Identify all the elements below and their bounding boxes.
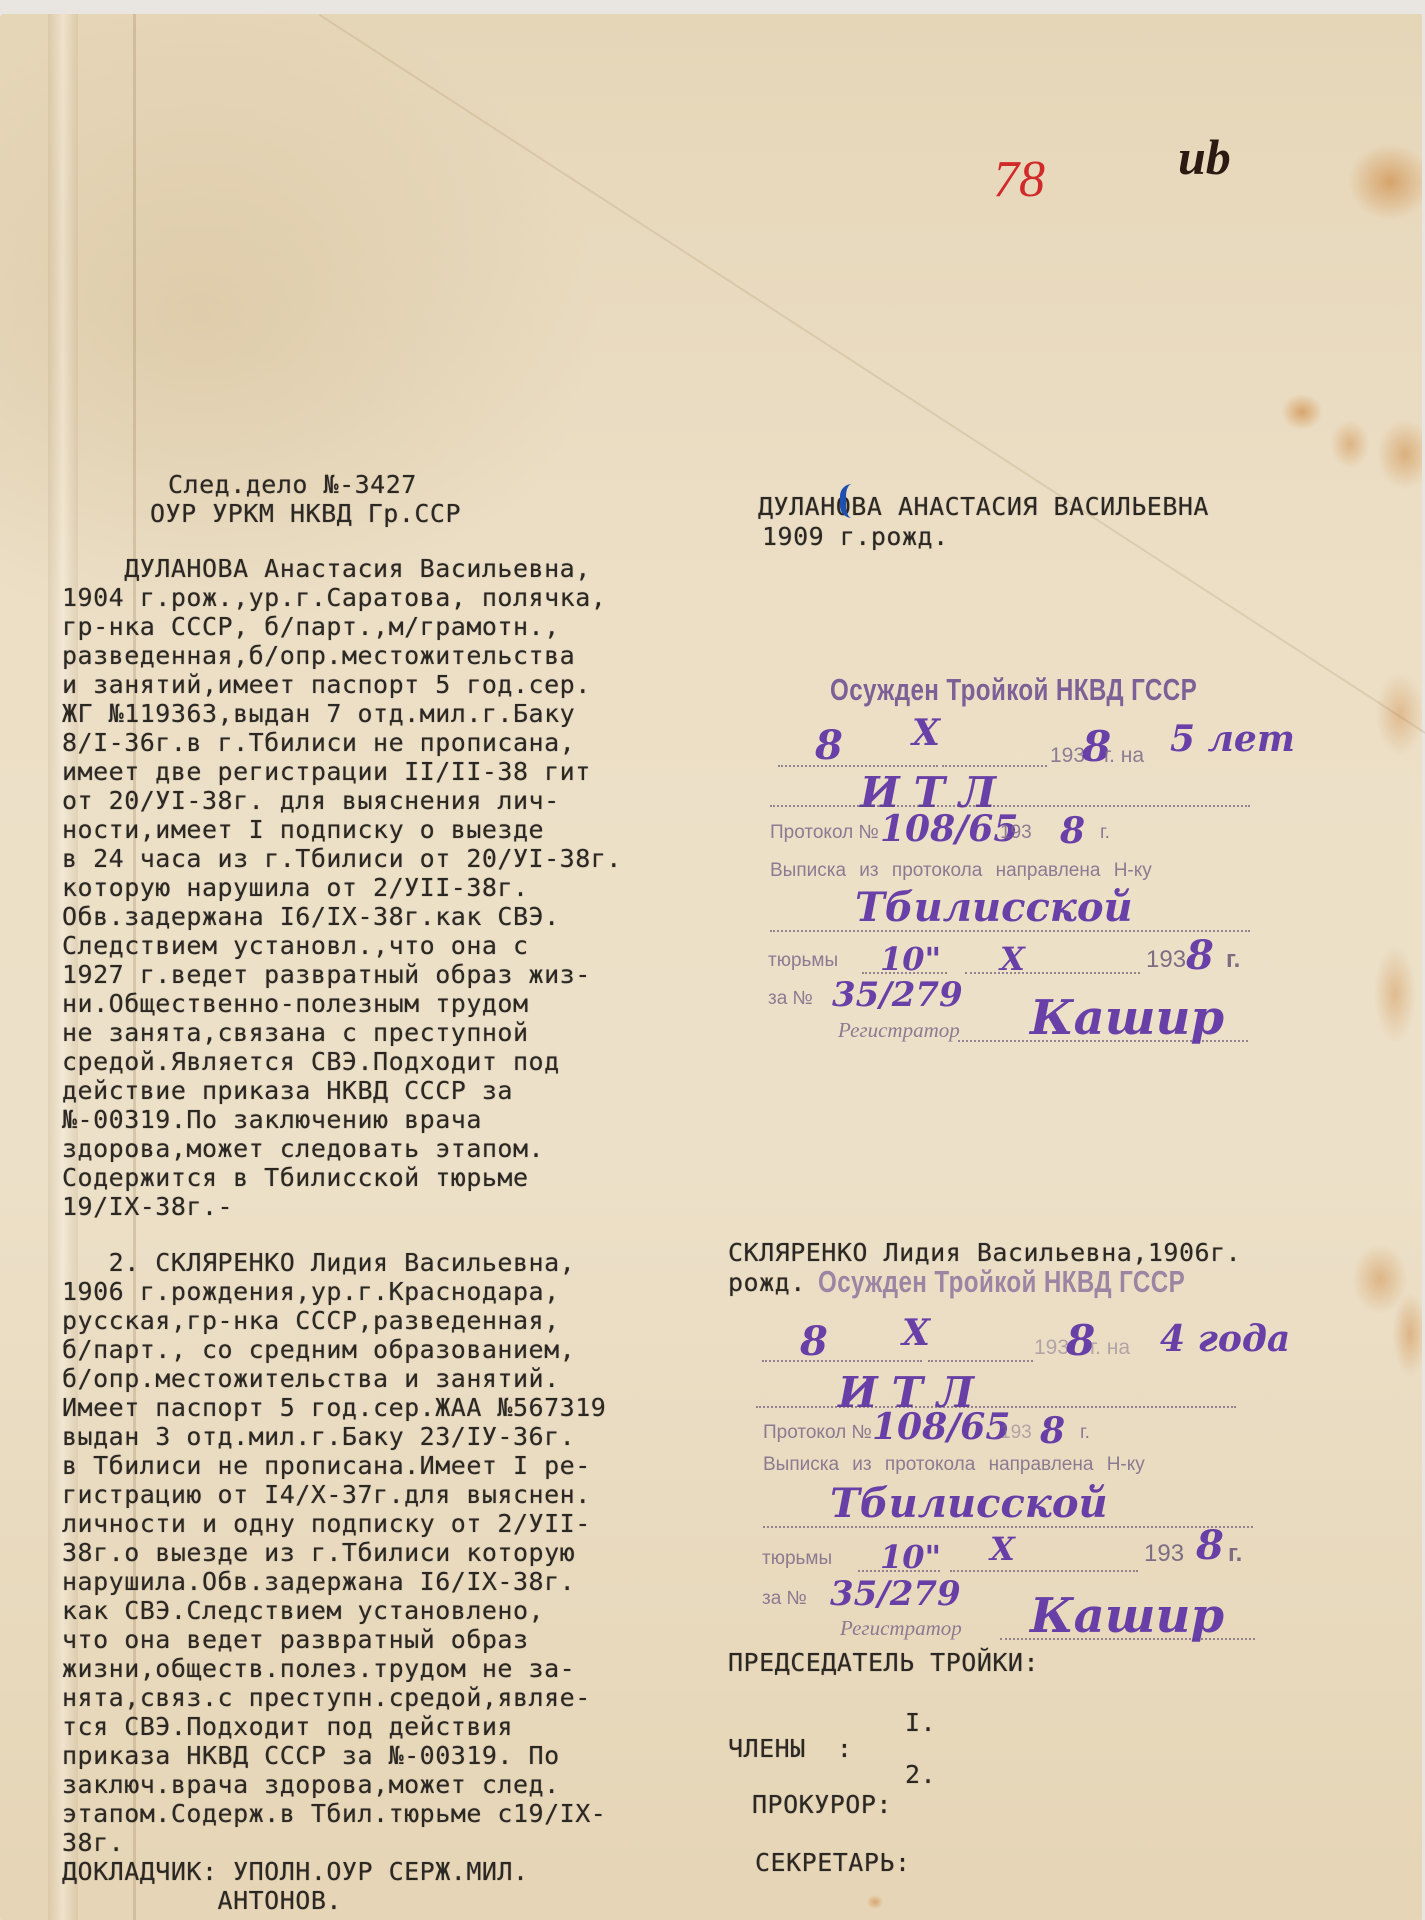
text-line: этапом.Содерж.в Тбил.тюрьме с19/IX- [62,1799,606,1828]
month-line [942,765,1047,767]
stamp-title: Осужден Тройкой НКВД ГССР [818,1264,1185,1300]
protocol-label: Протокол № [763,1422,872,1444]
registry-number: 35/279 [830,1574,961,1614]
text-line: действие приказа НКВД СССР за [62,1076,513,1105]
sent-year-prefix: 193 [1146,946,1186,974]
text-line: здорова,может следовать этапом. [62,1134,544,1163]
sent-year: 8 [1186,932,1214,979]
protocol-label: Протокол № [770,822,879,844]
text-line: 38г. [62,1828,124,1857]
person-2-birth: рожд. [728,1268,806,1297]
sent-year-suffix: г. [1228,1540,1242,1568]
text-line: ни.Общественно-полезным трудом [62,989,529,1018]
text-line: 1906 г.рождения,ур.г.Краснодара, [62,1277,560,1306]
text-line: 1927 г.ведет развратный образ жиз- [62,960,591,989]
year-suffix: г. на [1090,1336,1130,1360]
protocol-year: 8 [1060,810,1085,852]
sent-day: 10" [880,1538,941,1576]
extract-label: Выписка из протокола направлена Н-ку [763,1454,1145,1476]
verdict-month: X [902,1312,930,1354]
blue-pencil-mark [840,484,854,518]
sent-month: X [1000,940,1025,978]
year-prefix: 193 [1034,1336,1069,1360]
sentence-term: 4 года [1160,1318,1290,1360]
registrar-label: Регистратор [840,1616,962,1641]
sent-month-line [950,1570,1138,1572]
sent-month-line [965,972,1140,974]
text-line: средой.Является СВЭ.Подходит под [62,1047,560,1076]
text-line: что она ведет развратный образ [62,1625,529,1654]
sent-day: 10" [880,940,941,978]
date-line [762,1360,922,1362]
sent-month: X [990,1530,1015,1568]
text-line: б/парт., со средним образованием, [62,1335,575,1364]
text-line: 8/I-36г.в г.Тбилиси не прописана, [62,728,575,757]
sent-year-suffix: г. [1226,946,1240,974]
prison-label: тюрьмы [768,950,838,972]
prison-label: тюрьмы [762,1548,832,1570]
text-line: русская,гр-нка СССР,разведенная, [62,1306,560,1335]
protocol-year-prefix: 193 [1000,1422,1032,1444]
member-2-label: 2. [905,1760,936,1789]
verdict-day: 8 [815,722,843,769]
prison-name: Тбилисской [830,1480,1108,1527]
registry-number: 35/279 [832,975,963,1015]
page-number: 78 [993,150,1045,209]
members-label: ЧЛЕНЫ : [728,1734,852,1763]
text-line: ности,имеет I подписку о выезде [62,815,544,844]
member-1-label: I. [905,1708,936,1737]
text-line: приказа НКВД СССР за №-00319. По [62,1741,560,1770]
text-line: Содержится в Тбилисской тюрьме [62,1163,529,1192]
person-1-name: ДУЛАНОВА АНАСТАСИЯ ВАСИЛЬЕВНА [758,492,1209,521]
text-line: в Тбилиси не прописана.Имеет I ре- [62,1451,591,1480]
text-line: в 24 часа из г.Тбилиси от 20/УI-38г. [62,844,622,873]
text-line: Обв.задержана I6/IX-38г.как СВЭ. [62,902,560,931]
registrar-label: Регистратор [838,1018,960,1043]
text-line: не занята,связана с преступной [62,1018,529,1047]
protocol-number: 108/65 [872,1406,1010,1448]
registrar-signature: Кашир [1030,1588,1224,1644]
text-line: от 20/УI-38г. для выяснения лич- [62,786,560,815]
archive-mark: иb [1178,128,1231,186]
protocol-year-suffix: г. [1080,1422,1090,1444]
verdict-month: X [912,712,940,754]
year-prefix: 193 [1050,744,1085,768]
month-line [928,1360,1033,1362]
text-line: №-00319.По заключению врача [62,1105,482,1134]
reporter-name: АНТОНОВ. [62,1886,342,1915]
text-line: 19/IX-38г.- [62,1192,233,1221]
extract-label: Выписка из протокола направлена Н-ку [770,860,1152,882]
text-line: Имеет паспорт 5 год.сер.ЖАА №567319 [62,1393,606,1422]
sent-year: 8 [1196,1522,1224,1569]
person-1-birth: 1909 г.рожд. [762,522,949,551]
year-suffix: г. на [1104,744,1144,768]
department: ОУР УРКМ НКВД Гр.ССР [150,499,461,528]
text-line: и занятий,имеет паспорт 5 год.сер. [62,670,591,699]
text-line: нарушила.Обв.задержана I6/IX-38г. [62,1567,575,1596]
text-line: разведенная,б/опр.местожительства [62,641,575,670]
text-line: 38г.о выезде из г.Тбилиси которую [62,1538,575,1567]
text-line: тся СВЭ.Подходит под действия [62,1712,513,1741]
text-line: как СВЭ.Следствием установлено, [62,1596,544,1625]
prison-line [763,1526,1253,1528]
text-line: жизни,обществ.полез.трудом не за- [62,1654,575,1683]
reporter-title: ДОКЛАДЧИК: УПОЛН.ОУР СЕРЖ.МИЛ. [62,1857,529,1886]
text-line: заключ.врача здорова,может след. [62,1770,560,1799]
text-line: гр-нка СССР, б/парт.,м/грамотн., [62,612,560,641]
protocol-year: 8 [1040,1410,1065,1452]
text-line: ДУЛАНОВА Анастасия Васильевна, [62,554,591,583]
prosecutor-label: ПРОКУРОР: [752,1790,892,1819]
text-line: гистрацию от I4/X-37г.для выяснен. [62,1480,591,1509]
text-line: ЖГ №119363,выдан 7 отд.мил.г.Баку [62,699,575,728]
number-label: за № [768,988,813,1010]
protocol-year-prefix: 193 [1000,822,1032,844]
protocol-year-suffix: г. [1100,822,1110,844]
registrar-signature: Кашир [1030,990,1224,1046]
sentence-line [770,805,1250,807]
person-2-name: СКЛЯРЕНКО Лидия Васильевна,1906г. [728,1238,1241,1267]
text-line: 1904 г.рож.,ур.г.Саратова, полячка, [62,583,606,612]
text-line: имеет две регистрации II/II-38 гит [62,757,591,786]
protocol-number: 108/65 [880,808,1018,850]
verdict-day: 8 [800,1318,828,1365]
prison-line [770,930,1250,932]
text-line: нята,связ.с преступн.средой,являе- [62,1683,591,1712]
date-line [778,765,938,767]
stamp-title: Осужден Тройкой НКВД ГССР [830,672,1197,708]
sentence-term: 5 лет [1170,718,1295,760]
sent-year-prefix: 193 [1144,1540,1184,1568]
case-number: След.дело №-3427 [168,470,417,499]
text-line: выдан 3 отд.мил.г.Баку 23/IУ-36г. [62,1422,575,1451]
chairman-label: ПРЕДСЕДАТЕЛЬ ТРОЙКИ: [728,1648,1039,1677]
text-line: б/опр.местожительства и занятий. [62,1364,560,1393]
text-line: которую нарушила от 2/УII-38г. [62,873,529,902]
text-line: личности и одну подписку от 2/УII- [62,1509,591,1538]
text-line: Следствием установл.,что она с [62,931,529,960]
secretary-label: СЕКРЕТАРЬ: [755,1848,911,1877]
prison-name: Тбилисской [855,884,1133,931]
number-label: за № [762,1588,807,1610]
text-line: 2. СКЛЯРЕНКО Лидия Васильевна, [62,1248,575,1277]
